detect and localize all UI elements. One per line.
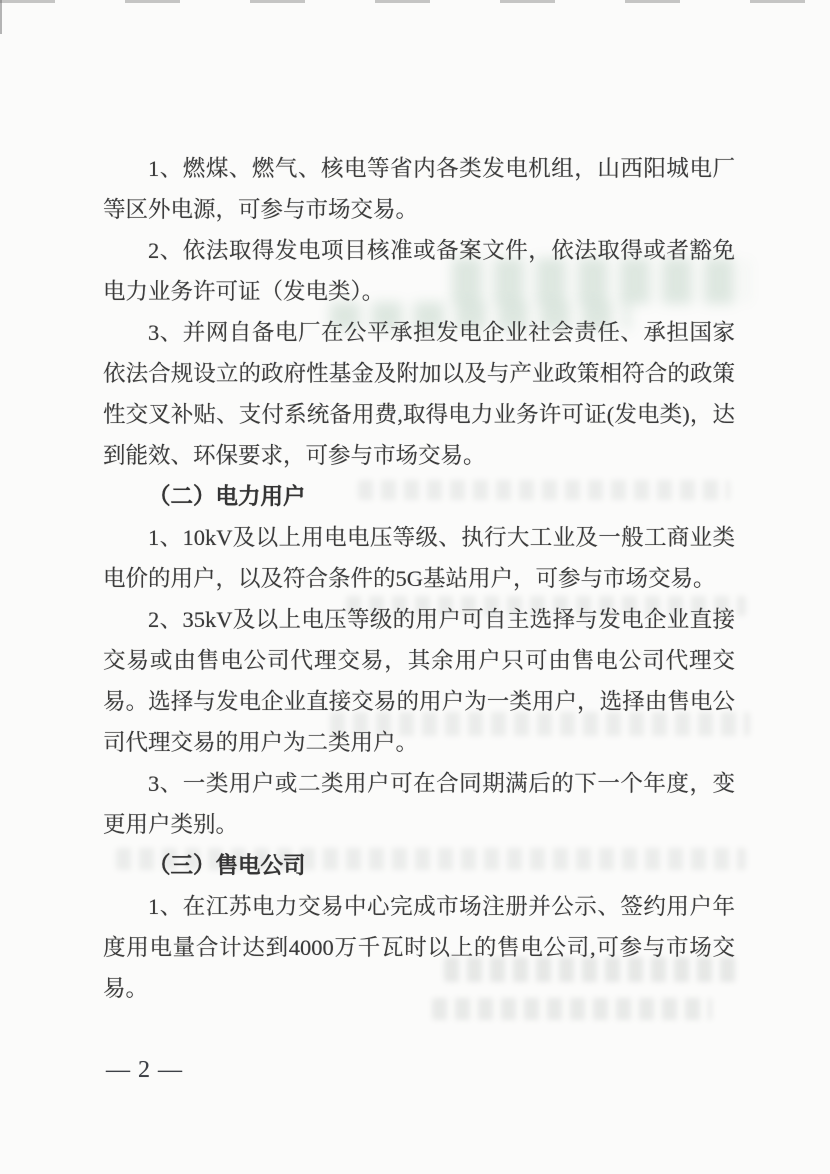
page-number: — 2 —	[106, 1054, 183, 1086]
para-retail-registration: 1、在江苏电力交易中心完成市场注册并公示、签约用户年度用电量合计达到4000万千…	[103, 886, 735, 1009]
heading-power-users: （二）电力用户	[103, 476, 735, 517]
para-generation-units: 1、燃煤、燃气、核电等省内各类发电机组，山西阳城电厂等区外电源，可参与市场交易。	[103, 148, 735, 230]
scan-edge-artifact	[0, 0, 2, 34]
para-10kv-users: 1、10kV及以上用电电压等级、执行大工业及一般工商业类电价的用户，以及符合条件…	[103, 517, 735, 599]
heading-retail-companies: （三）售电公司	[103, 845, 735, 886]
document-body: 1、燃煤、燃气、核电等省内各类发电机组，山西阳城电厂等区外电源，可参与市场交易。…	[103, 148, 735, 1009]
scan-edge-artifact	[0, 0, 830, 3]
para-project-approval: 2、依法取得发电项目核准或备案文件，依法取得或者豁免电力业务许可证（发电类）。	[103, 230, 735, 312]
para-user-category-change: 3、一类用户或二类用户可在合同期满后的下一个年度，变更用户类别。	[103, 763, 735, 845]
para-35kv-users: 2、35kV及以上电压等级的用户可自主选择与发电企业直接交易或由售电公司代理交易…	[103, 599, 735, 763]
para-captive-power-plants: 3、并网自备电厂在公平承担发电企业社会责任、承担国家依法合规设立的政府性基金及附…	[103, 312, 735, 476]
scanned-document-page: 1、燃煤、燃气、核电等省内各类发电机组，山西阳城电厂等区外电源，可参与市场交易。…	[0, 0, 830, 1174]
